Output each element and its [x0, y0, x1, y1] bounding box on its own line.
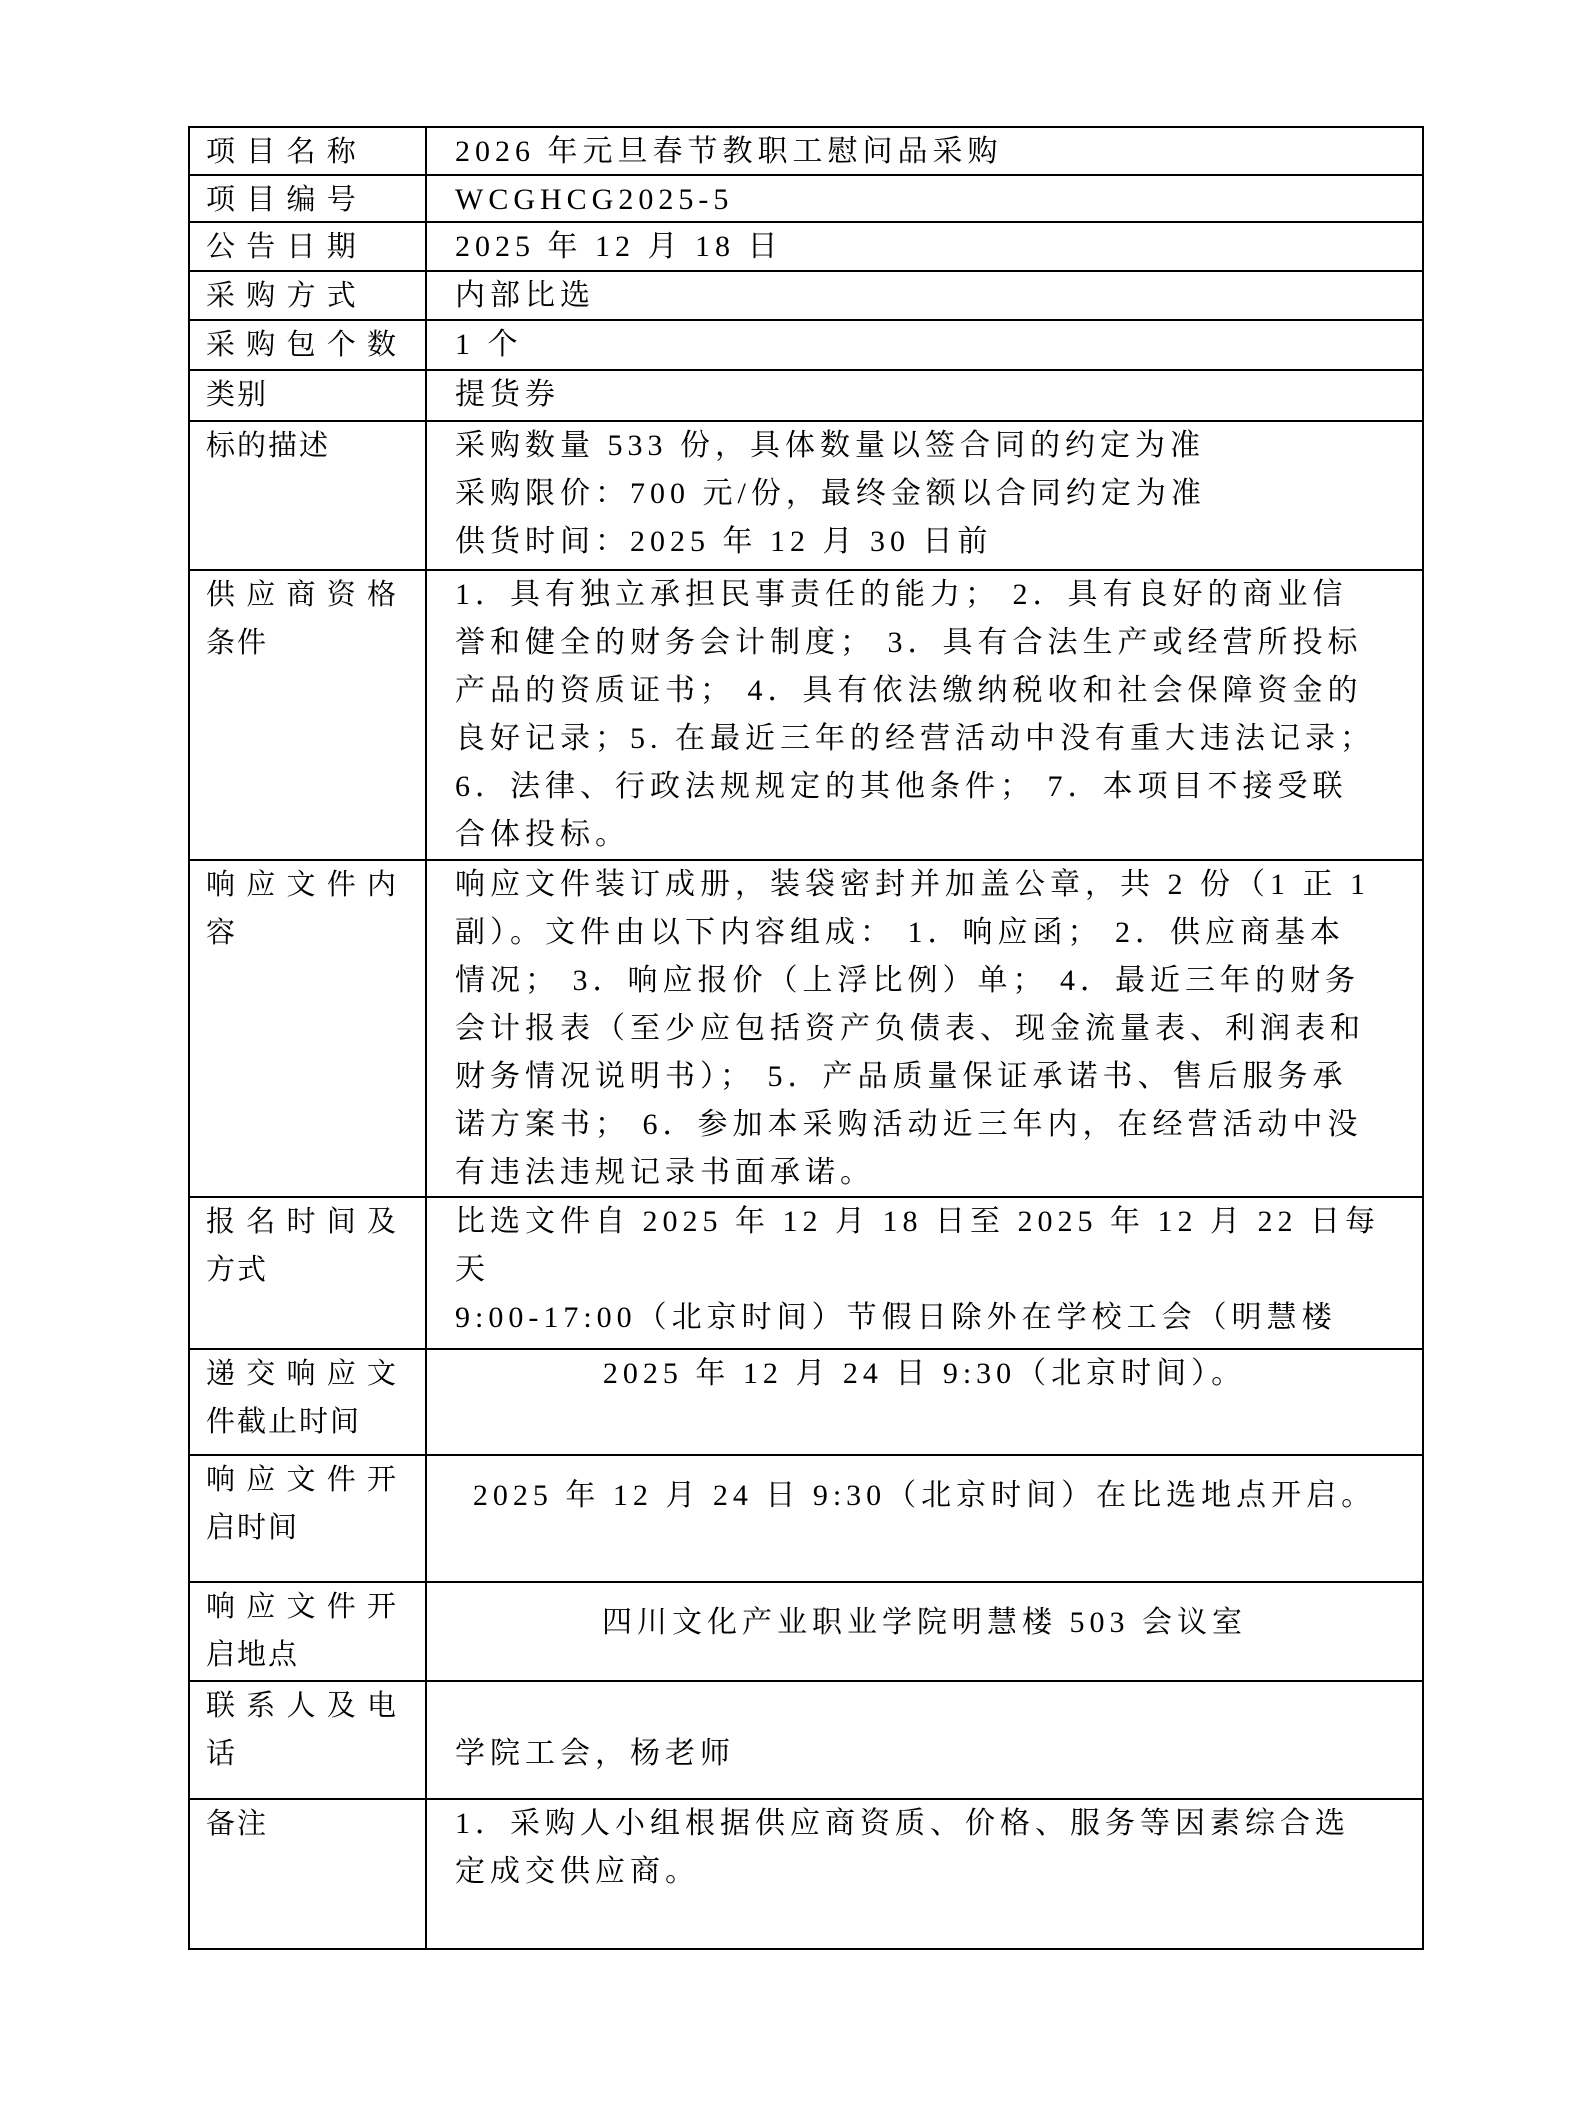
field-value: 采购数量 533 份，具体数量以签合同的约定为准 采购限价：700 元/份，最终… — [427, 422, 1422, 569]
field-label: 供 应 商 资 格 条件 — [190, 571, 427, 859]
field-label: 采 购 方 式 — [190, 272, 427, 319]
document-page: 项 目 名 称 2026 年元旦春节教职工慰问品采购 项 目 编 号 WCGHC… — [0, 0, 1587, 2104]
table-row-project-number: 项 目 编 号 WCGHCG2025-5 — [190, 176, 1422, 223]
procurement-notice-table: 项 目 名 称 2026 年元旦春节教职工慰问品采购 项 目 编 号 WCGHC… — [188, 126, 1424, 1950]
field-label: 公 告 日 期 — [190, 223, 427, 270]
field-label: 响 应 文 件 开 启地点 — [190, 1583, 427, 1680]
contact-name: 学院工会，杨老师 — [455, 1730, 1402, 1778]
field-value: 2025 年 12 月 24 日 9:30（北京时间）。 — [427, 1350, 1422, 1454]
table-row-registration-time: 报 名 时 间 及 方式 比选文件自 2025 年 12 月 18 日至 202… — [190, 1198, 1422, 1350]
field-value: 2025 年 12 月 18 日 — [427, 223, 1422, 270]
table-row-subject-description: 标的描述 采购数量 533 份，具体数量以签合同的约定为准 采购限价：700 元… — [190, 422, 1422, 571]
table-row-supplier-qualification: 供 应 商 资 格 条件 1．具有独立承担民事责任的能力； 2．具有良好的商业信… — [190, 571, 1422, 861]
table-row-remarks: 备注 1．采购人小组根据供应商资质、价格、服务等因素综合选 定成交供应商。 — [190, 1800, 1422, 1948]
table-row-procurement-method: 采 购 方 式 内部比选 — [190, 272, 1422, 321]
table-row-opening-location: 响 应 文 件 开 启地点 四川文化产业职业学院明慧楼 503 会议室 — [190, 1583, 1422, 1682]
field-label: 标的描述 — [190, 422, 427, 569]
table-row-announce-date: 公 告 日 期 2025 年 12 月 18 日 — [190, 223, 1422, 272]
field-label: 联 系 人 及 电 话 — [190, 1682, 427, 1798]
field-label: 响 应 文 件 开 启时间 — [190, 1456, 427, 1581]
field-value: 响应文件装订成册，装袋密封并加盖公章，共 2 份（1 正 1 副）。文件由以下内… — [427, 861, 1422, 1196]
field-value: 1．采购人小组根据供应商资质、价格、服务等因素综合选 定成交供应商。 — [427, 1800, 1422, 1948]
table-row-project-name: 项 目 名 称 2026 年元旦春节教职工慰问品采购 — [190, 128, 1422, 176]
field-label: 类别 — [190, 371, 427, 420]
field-label: 报 名 时 间 及 方式 — [190, 1198, 427, 1348]
field-value: 2026 年元旦春节教职工慰问品采购 — [427, 128, 1422, 174]
table-row-submission-deadline: 递 交 响 应 文 件截止时间 2025 年 12 月 24 日 9:30（北京… — [190, 1350, 1422, 1456]
table-row-contact: 联 系 人 及 电 话 学院工会，杨老师 联系电话：028-85626337 — [190, 1682, 1422, 1800]
field-value: 1 个 — [427, 321, 1422, 369]
field-label: 采 购 包 个 数 — [190, 321, 427, 369]
field-label: 备注 — [190, 1800, 427, 1948]
table-row-category: 类别 提货券 — [190, 371, 1422, 422]
table-row-package-count: 采 购 包 个 数 1 个 — [190, 321, 1422, 371]
field-value: 2025 年 12 月 24 日 9:30（北京时间）在比选地点开启。 — [427, 1456, 1422, 1581]
field-value: 提货券 — [427, 371, 1422, 420]
field-label: 响 应 文 件 内 容 — [190, 861, 427, 1196]
field-value: 内部比选 — [427, 272, 1422, 319]
field-value: WCGHCG2025-5 — [427, 176, 1422, 221]
field-label: 项 目 编 号 — [190, 176, 427, 221]
field-value: 1．具有独立承担民事责任的能力； 2．具有良好的商业信 誉和健全的财务会计制度；… — [427, 571, 1422, 859]
field-value: 学院工会，杨老师 联系电话：028-85626337 — [427, 1682, 1422, 1798]
field-value: 比选文件自 2025 年 12 月 18 日至 2025 年 12 月 22 日… — [427, 1198, 1422, 1348]
table-row-response-document-content: 响 应 文 件 内 容 响应文件装订成册，装袋密封并加盖公章，共 2 份（1 正… — [190, 861, 1422, 1198]
table-row-opening-time: 响 应 文 件 开 启时间 2025 年 12 月 24 日 9:30（北京时间… — [190, 1456, 1422, 1583]
field-label: 递 交 响 应 文 件截止时间 — [190, 1350, 427, 1454]
field-label: 项 目 名 称 — [190, 128, 427, 174]
field-value: 四川文化产业职业学院明慧楼 503 会议室 — [427, 1583, 1422, 1680]
